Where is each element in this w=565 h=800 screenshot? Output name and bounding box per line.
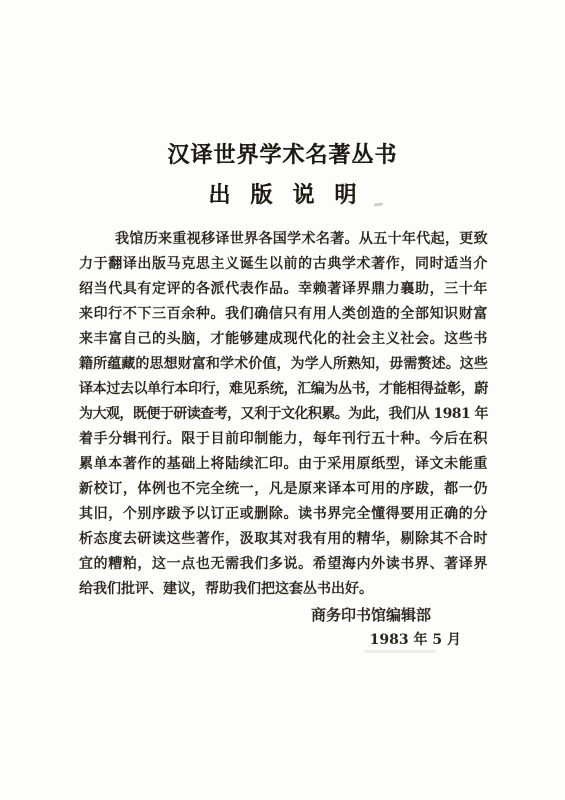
body-line: 籍所蕴藏的思想财富和学术价值，为学人所熟知，毋需赘述。这些 bbox=[79, 352, 488, 377]
publication-note-title: 出版说明 bbox=[0, 181, 565, 209]
body-line: 力于翻译出版马克思主义诞生以前的古典学术著作，同时适当介 bbox=[79, 252, 488, 277]
scanned-book-page: 汉译世界学术名著丛书 出版说明 我馆历来重视移译世界各国学术名著。从五十年代起，… bbox=[0, 0, 565, 800]
body-line: 给我们批评、建议，帮助我们把这套丛书出好。 bbox=[79, 577, 488, 602]
body-line: 累单本著作的基础上将陆续汇印。由于采用原纸型，译文未能重 bbox=[79, 452, 488, 477]
body-line: 来印行不下三百余种。我们确信只有用人类创造的全部知识财富 bbox=[79, 302, 488, 327]
body-line: 其旧，个别序跋予以订正或删除。读书界完全懂得要用正确的分 bbox=[79, 502, 488, 527]
body-text: 我馆历来重视移译世界各国学术名著。从五十年代起，更致 力于翻译出版马克思主义诞生… bbox=[79, 227, 488, 653]
body-line: 绍当代具有定评的各派代表作品。幸赖著译界鼎力襄助，三十年 bbox=[79, 277, 488, 302]
body-line: 新校订，体例也不完全统一，凡是原来译本可用的序跋，都一仍 bbox=[79, 477, 488, 502]
body-line: 为大观，既便于研读查考，又利于文化积累。为此，我们从 1981 年 bbox=[79, 402, 488, 427]
body-line: 译本过去以单行本印行，难见系统，汇编为丛书，才能相得益彰，蔚 bbox=[79, 377, 488, 402]
series-title: 汉译世界学术名著丛书 bbox=[0, 142, 565, 169]
body-line: 着手分辑刊行。限于目前印制能力，每年刊行五十种。今后在积 bbox=[79, 427, 488, 452]
publisher-signature: 商务印书馆编辑部 bbox=[79, 603, 488, 628]
body-line: 我馆历来重视移译世界各国学术名著。从五十年代起，更致 bbox=[79, 227, 488, 252]
body-line: 来丰富自己的头脑，才能够建成现代化的社会主义社会。这些书 bbox=[79, 327, 488, 352]
body-line: 析态度去研读这些著作，汲取其对我有用的精华，剔除其不合时 bbox=[79, 527, 488, 552]
body-line: 宜的糟粕，这一点也无需我们多说。希望海内外读书界、著译界 bbox=[79, 552, 488, 577]
scan-smudge bbox=[363, 650, 437, 653]
